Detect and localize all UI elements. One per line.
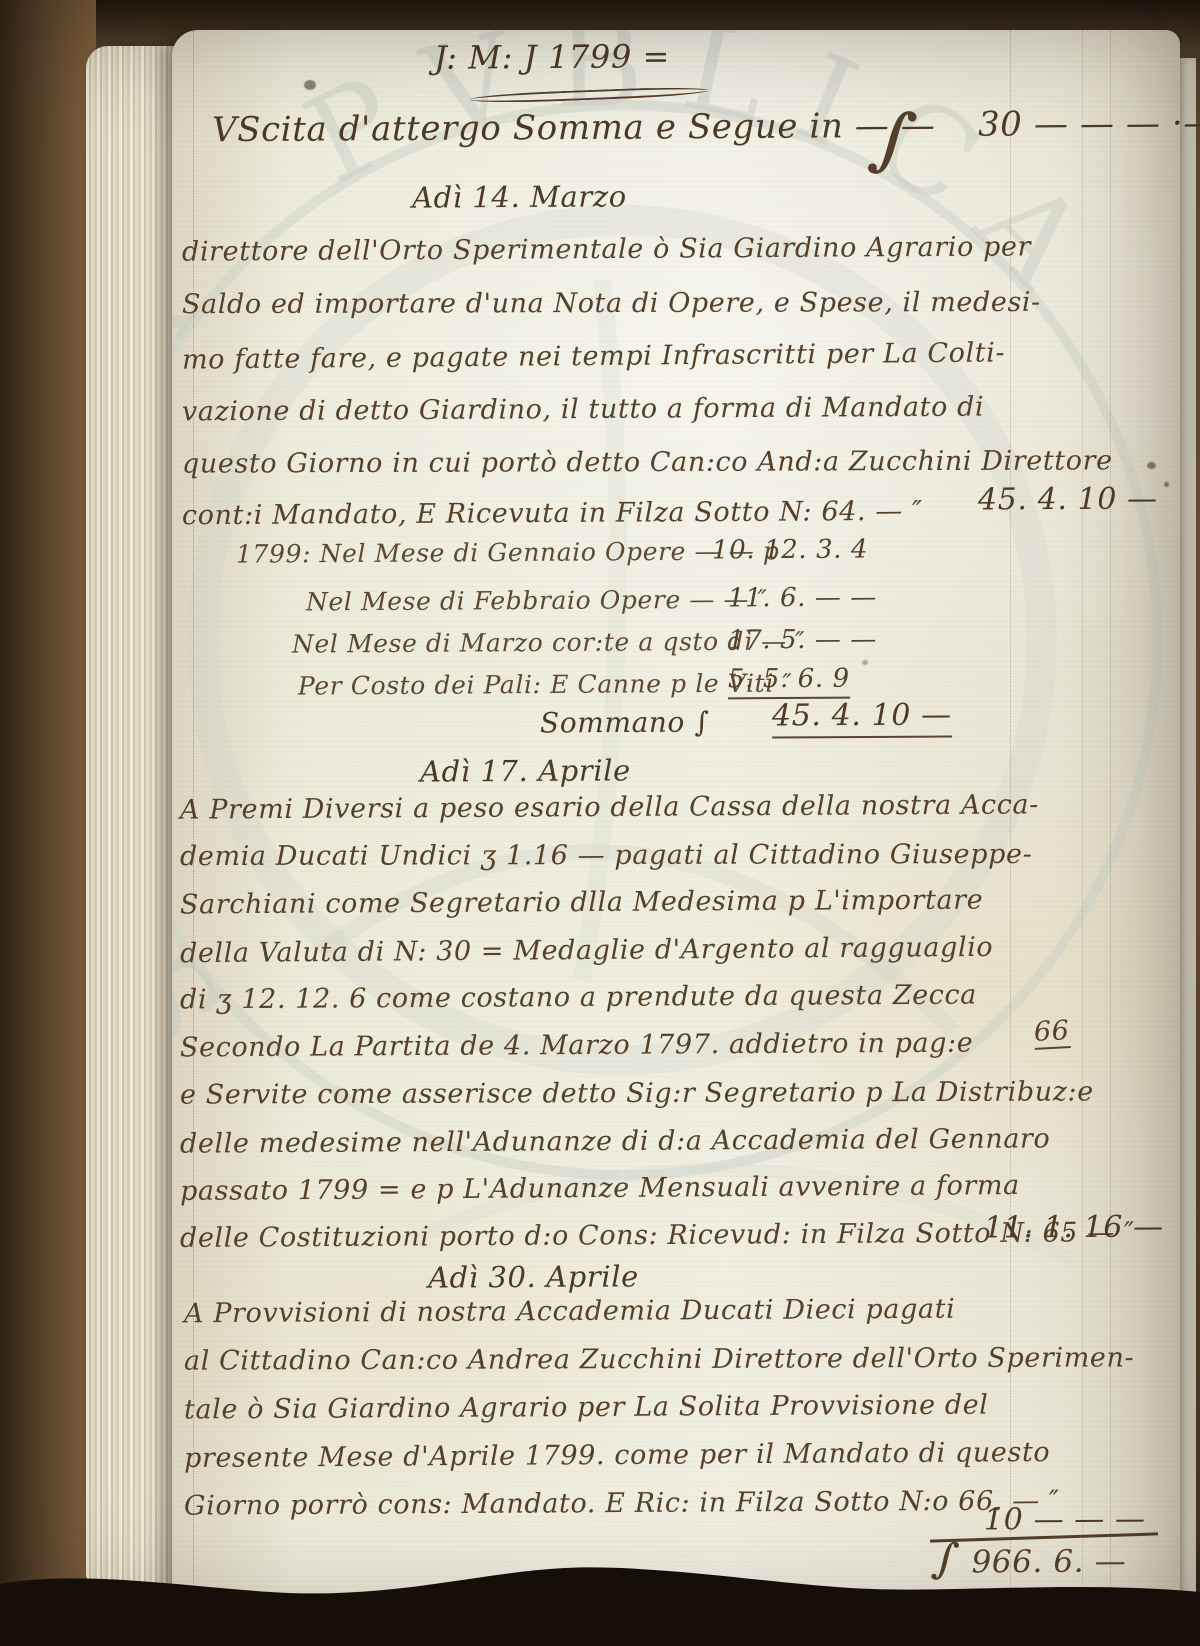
sub-item-label: 1799: Nel Mese di Gennaio Opere — — p [236, 536, 780, 568]
amount-column-rule-3 [1110, 30, 1111, 1622]
entry-date-heading: Adì 30. Aprile [428, 1259, 639, 1294]
ink-blot [862, 660, 868, 665]
sub-item-amount: 10. 12. 3. 4 [712, 535, 868, 566]
entry-body-line: cont:i Mandato, E Ricevuta in Filza Sott… [182, 496, 923, 532]
entry-body-line: Sarchiani come Segretario dlla Medesima … [180, 885, 983, 921]
page-title-line: VScita d'attergo Somma e Segue in — — [212, 106, 936, 150]
entry-body-line: della Valuta di N: 30 = Medaglie d'Argen… [180, 932, 993, 969]
entry-amount: 10 — — — [984, 1502, 1146, 1538]
entry-body-line: presente Mese d'Aprile 1799. come per il… [184, 1437, 1050, 1474]
entry-amount: 45. 4. 10 — [978, 481, 1158, 517]
amount-column-rule-1 [1010, 30, 1011, 1622]
ledger-page: SPERITA PVBLICA J: M: J 1799 = VScita d'… [172, 30, 1180, 1622]
bottom-shadow [0, 1536, 1200, 1646]
ink-blot [1164, 482, 1169, 487]
left-margin-rule [193, 30, 194, 1622]
sub-item-amount: 11. 6. — — [728, 583, 877, 614]
entry-body-line: al Cittadino Can:co Andrea Zucchini Dire… [184, 1342, 1134, 1376]
entry-body-line: questo Giorno in cui portò detto Can:co … [182, 445, 1113, 479]
sub-item-amount: 17. 5. — — [728, 625, 877, 656]
entry-body-line: A Provvisioni di nostra Accademia Ducati… [184, 1294, 956, 1330]
entry-body-line: e Servite come asserisce detto Sig:r Seg… [180, 1076, 1094, 1110]
entry-body-line: direttore dell'Orto Sperimentale ò Sia G… [182, 231, 1031, 267]
entry-body-line: mo fatte fare, e pagate nei tempi Infras… [182, 337, 1005, 375]
entry-date-heading: Adì 17. Aprile [420, 753, 631, 788]
under-page-edge [1178, 58, 1196, 1600]
sub-item-label: Per Costo dei Pali: E Canne p le Viti ″ [298, 668, 793, 700]
entry-body-line: passato 1799 = e p L'Adunanze Mensuali a… [180, 1170, 1020, 1207]
sub-item-amount: 5. 5. 6. 9 [728, 664, 850, 700]
entry-body-line: Saldo ed importare d'una Nota di Opere, … [182, 287, 1041, 320]
ink-blot [304, 80, 316, 90]
sommano-amount: 45. 4. 10 — [772, 697, 952, 738]
book-spine [0, 0, 96, 1646]
amount-column-rule-2 [1082, 30, 1083, 1622]
entry-body-line: A Premi Diversi a peso esario della Cass… [180, 789, 1039, 825]
invocation-underline [470, 85, 708, 104]
entry-body-line: Secondo La Partita de 4. Marzo 1797. add… [180, 1028, 974, 1064]
entry-body-line: Giorno porrò cons: Mandato. E Ric: in Fi… [184, 1485, 1060, 1521]
watermark-seal: SPERITA PVBLICA [172, 30, 1180, 1622]
entry-body-line: demia Ducati Undici ʒ 1.16 — pagati al C… [180, 839, 1032, 872]
carried-forward-amount: 30 — — — ·— [978, 103, 1200, 144]
sommano-label: Sommano ∫ [540, 705, 710, 739]
ink-blot [1147, 462, 1156, 469]
entry-body-line: tale ò Sia Giardino Agrario per La Solit… [184, 1390, 989, 1426]
sub-item-label: Nel Mese di Febbraio Opere — — ″ [306, 585, 768, 617]
ledger-photograph: SPERITA PVBLICA J: M: J 1799 = VScita d'… [0, 0, 1200, 1646]
entry-body-line: delle medesime nell'Adunanze di d:a Acca… [180, 1123, 1051, 1159]
entry-body-line: di ʒ 12. 12. 6 come costano a prendute d… [180, 980, 977, 1016]
page-reference-note: 66 [1033, 1015, 1070, 1050]
entry-amount: 11. 1. 16 — [984, 1209, 1164, 1245]
invocation-line: J: M: J 1799 = [434, 37, 670, 76]
entry-date-heading: Adì 14. Marzo [412, 179, 627, 214]
entry-body-line: vazione di detto Giardino, il tutto a fo… [182, 392, 984, 428]
page-edge-stack [86, 46, 178, 1588]
